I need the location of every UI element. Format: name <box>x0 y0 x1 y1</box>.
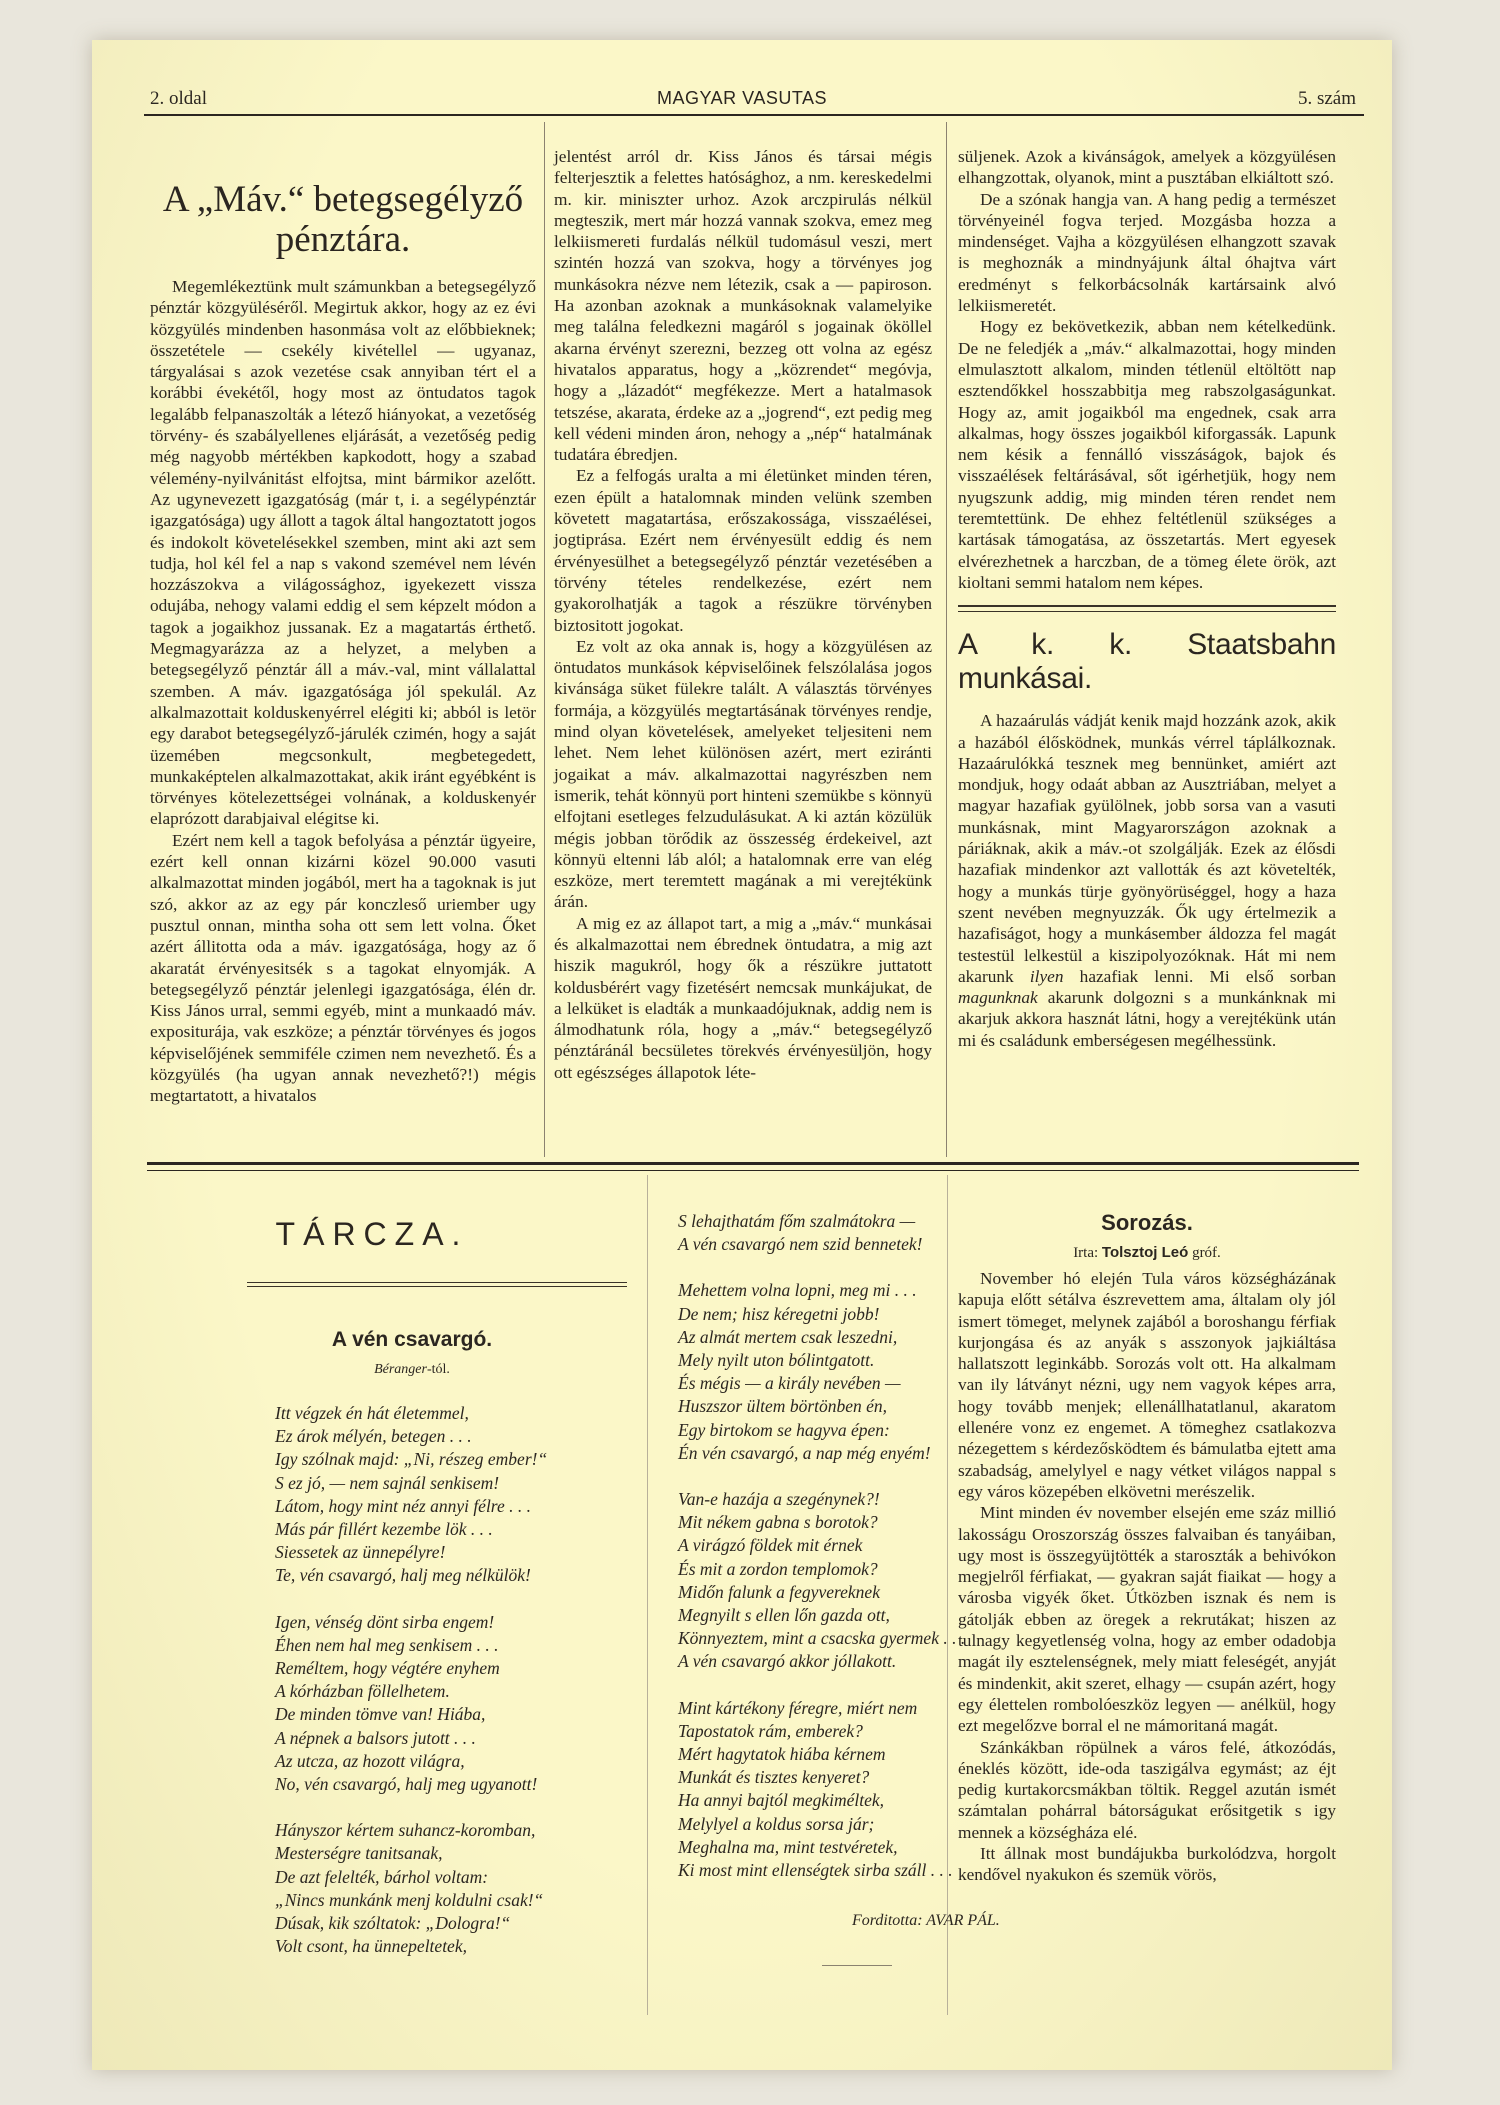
paragraph: Mint minden év november elsején eme száz… <box>958 1502 1336 1736</box>
translator-credit: Forditotta: AVAR PÁL. <box>852 1912 1000 1930</box>
text-run: hazafiak lenni. Mi első sorban <box>1063 967 1336 986</box>
article-sorozas: November hó elején Tula város községházá… <box>958 1268 1336 1886</box>
poem-line: Mehettem volna lopni, meg mi . . . <box>678 1279 965 1302</box>
article-title: A „Máv.“ betegsegélyző pénztára. <box>150 180 536 260</box>
paragraph: Ezért nem kell a tagok befolyása a pénzt… <box>150 830 536 1107</box>
poem-line: Meghalna ma, mint testvéretek, <box>678 1836 965 1859</box>
poem-line: S lehajthatám főm szalmátokra — <box>678 1210 965 1233</box>
paragraph: Ez volt az oka annak is, hogy a közgyülé… <box>554 636 932 913</box>
poem-line: Egy birtokom se hagyva épen: <box>678 1419 965 1442</box>
paragraph: A mig ez az állapot tart, a mig a „máv.“… <box>554 913 932 1083</box>
section-title-tarcza: TÁRCZA. <box>232 1216 512 1253</box>
poem-line: Mely nyilt uton bólintgatott. <box>678 1349 965 1372</box>
poem-line: Tapostatok rám, emberek? <box>678 1720 965 1743</box>
poem-line: Éhen nem hal meg senkisem . . . <box>275 1634 547 1657</box>
poem-stanza: Itt végzek én hát életemmel,Ez árok mély… <box>275 1402 547 1588</box>
poem-stanza: Mint kártékony féregre, miért nemTaposta… <box>678 1697 965 1883</box>
poem-line: Ha annyi bajtól megkiméltek, <box>678 1789 965 1812</box>
byline-author: Tolsztoj Leó <box>1102 1244 1188 1261</box>
poem-line: Midőn falunk a fegyvereknek <box>678 1581 965 1604</box>
paragraph: A hazaárulás vádját kenik majd hozzánk a… <box>958 710 1336 1051</box>
paragraph: Szánkákban röpülnek a város felé, átkozó… <box>958 1737 1336 1843</box>
poem-line: S ez jó, — nem sajnál senkisem! <box>275 1472 547 1495</box>
article-mav-column-2: jelentést arról dr. Kiss János és társai… <box>554 146 932 1083</box>
paragraph: süljenek. Azok a kivánságok, amelyek a k… <box>958 146 1336 189</box>
poem-line: A népnek a balsors jutott . . . <box>275 1727 547 1750</box>
poem-line: Dúsak, kik szóltatok: „Dologra!“ <box>275 1912 547 1935</box>
poem-line: A kórházban föllelhetem. <box>275 1680 547 1703</box>
poem-line: Volt csont, ha ünnepeltetek, <box>275 1935 547 1958</box>
poem-line: A virágzó földek mit érnek <box>678 1534 965 1557</box>
header-rule <box>144 114 1364 116</box>
poem-line: No, vén csavargó, halj meg ugyanott! <box>275 1773 547 1796</box>
paragraph: Hogy ez bekövetkezik, abban nem kételked… <box>958 316 1336 593</box>
author-name: Béranger <box>374 1362 427 1377</box>
emphasis: ilyen <box>1030 967 1064 986</box>
poem-line: Könnyeztem, mint a csacska gyermek . . . <box>678 1627 965 1650</box>
poem-line: De azt felelték, bárhol voltam: <box>275 1866 547 1889</box>
section-separator <box>147 1162 1359 1171</box>
poem-line: Huszszor ültem börtönben én, <box>678 1395 965 1418</box>
poem-line: A vén csavargó akkor jóllakott. <box>678 1650 965 1673</box>
paragraph: jelentést arról dr. Kiss János és társai… <box>554 146 932 465</box>
end-rule <box>822 1965 892 1966</box>
poem-line: Reméltem, hogy végtére enyhem <box>275 1657 547 1680</box>
poem-line: Siessetek az ünnepélyre! <box>275 1541 547 1564</box>
poem-line: Melylyel a koldus sorsa jár; <box>678 1813 965 1836</box>
poem-stanza: Van-e hazája a szegénynek?!Mit nékem gab… <box>678 1488 965 1674</box>
poem-line: Én vén csavargó, a nap még enyém! <box>678 1442 965 1465</box>
poem-line: Mint kártékony féregre, miért nem <box>678 1697 965 1720</box>
poem-author: Béranger-tól. <box>192 1362 632 1378</box>
author-suffix: -tól. <box>427 1362 450 1377</box>
poem-line: Munkát és tisztes kenyeret? <box>678 1766 965 1789</box>
poem-title: A vén csavargó. <box>192 1328 632 1352</box>
poem-line: Az almát mertem csak leszedni, <box>678 1326 965 1349</box>
poem-line: De minden tömve van! Hiába, <box>275 1703 547 1726</box>
poem-stanza: Igen, vénség dönt sirba engem!Éhen nem h… <box>275 1611 547 1797</box>
text-run: A hazaárulás vádját kenik majd hozzánk a… <box>958 711 1336 986</box>
column-divider <box>544 122 545 1157</box>
paragraph: Megemlékeztünk mult számunkban a betegse… <box>150 276 536 830</box>
article-mav-column-3: süljenek. Azok a kivánságok, amelyek a k… <box>958 146 1336 1051</box>
newspaper-page: 2. oldal MAGYAR VASUTAS 5. szám A „Máv.“… <box>92 40 1392 2070</box>
section-rule <box>247 1282 627 1287</box>
poem-line: Megnyilt s ellen lőn gazda ott, <box>678 1604 965 1627</box>
poem-stanza: Mehettem volna lopni, meg mi . . .De nem… <box>678 1279 965 1465</box>
article-title-sorozas: Sorozás. <box>958 1210 1336 1236</box>
poem-line: De nem; hisz kéregetni jobb! <box>678 1303 965 1326</box>
issue-number: 5. szám <box>1298 88 1356 110</box>
poem-stanza: Hányszor kértem suhancz-koromban,Mesters… <box>275 1819 547 1958</box>
poem-line: Az utcza, az hozott világra, <box>275 1750 547 1773</box>
byline-suffix: gróf. <box>1192 1245 1221 1261</box>
poem-line: A vén csavargó nem szid bennetek! <box>678 1233 965 1256</box>
poem-line: Te, vén csavargó, halj meg nélkülök! <box>275 1564 547 1587</box>
poem-line: Mért hagytatok hiába kérnem <box>678 1743 965 1766</box>
byline-prefix: Irta: <box>1073 1245 1098 1261</box>
column-divider <box>647 1175 648 2015</box>
poem-line: Mit nékem gabna s borotok? <box>678 1511 965 1534</box>
poem-line: És mit a zordon templomok? <box>678 1558 965 1581</box>
paragraph: November hó elején Tula város községházá… <box>958 1268 1336 1502</box>
poem-line: Hányszor kértem suhancz-koromban, <box>275 1819 547 1842</box>
article-mav-column-1: A „Máv.“ betegsegélyző pénztára. Megemlé… <box>150 140 536 1107</box>
poem-line: És mégis — a király nevében — <box>678 1372 965 1395</box>
poem-column-2: S lehajthatám főm szalmátokra —A vén csa… <box>678 1210 965 1905</box>
poem-line: Mesterségre tanitsanak, <box>275 1842 547 1865</box>
poem-line: Más pár fillért kezembe lök . . . <box>275 1518 547 1541</box>
article-divider <box>958 605 1336 612</box>
poem-line: Itt végzek én hát életemmel, <box>275 1402 547 1425</box>
paragraph: De a szónak hangja van. A hang pedig a t… <box>958 189 1336 317</box>
poem-line: Van-e hazája a szegénynek?! <box>678 1488 965 1511</box>
poem-line: Igen, vénség dönt sirba engem! <box>275 1611 547 1634</box>
emphasis: magunknak <box>958 988 1038 1007</box>
poem-line: „Nincs munkánk menj koldulni csak!“ <box>275 1889 547 1912</box>
paragraph: Ez a felfogás uralta a mi életünket mind… <box>554 465 932 635</box>
poem-line: Ez árok mélyén, betegen . . . <box>275 1425 547 1448</box>
column-divider <box>946 122 947 1157</box>
article-title-staatsbahn: A k. k. Staatsbahn munkásai. <box>958 628 1336 696</box>
poem-line: Látom, hogy mint néz annyi félre . . . <box>275 1495 547 1518</box>
poem-stanza: S lehajthatám főm szalmátokra —A vén csa… <box>678 1210 965 1256</box>
publication-title: MAGYAR VASUTAS <box>92 88 1392 109</box>
poem-line: Ki most mint ellenségtek sirba száll . .… <box>678 1859 965 1882</box>
byline: Irta: Tolsztoj Leó gróf. <box>958 1244 1336 1262</box>
poem-column-1: Itt végzek én hát életemmel,Ez árok mély… <box>275 1402 547 1981</box>
paragraph: Itt állnak most bundájukba burkolódzva, … <box>958 1843 1336 1886</box>
poem-line: Igy szólnak majd: „Ni, részeg ember!“ <box>275 1448 547 1471</box>
